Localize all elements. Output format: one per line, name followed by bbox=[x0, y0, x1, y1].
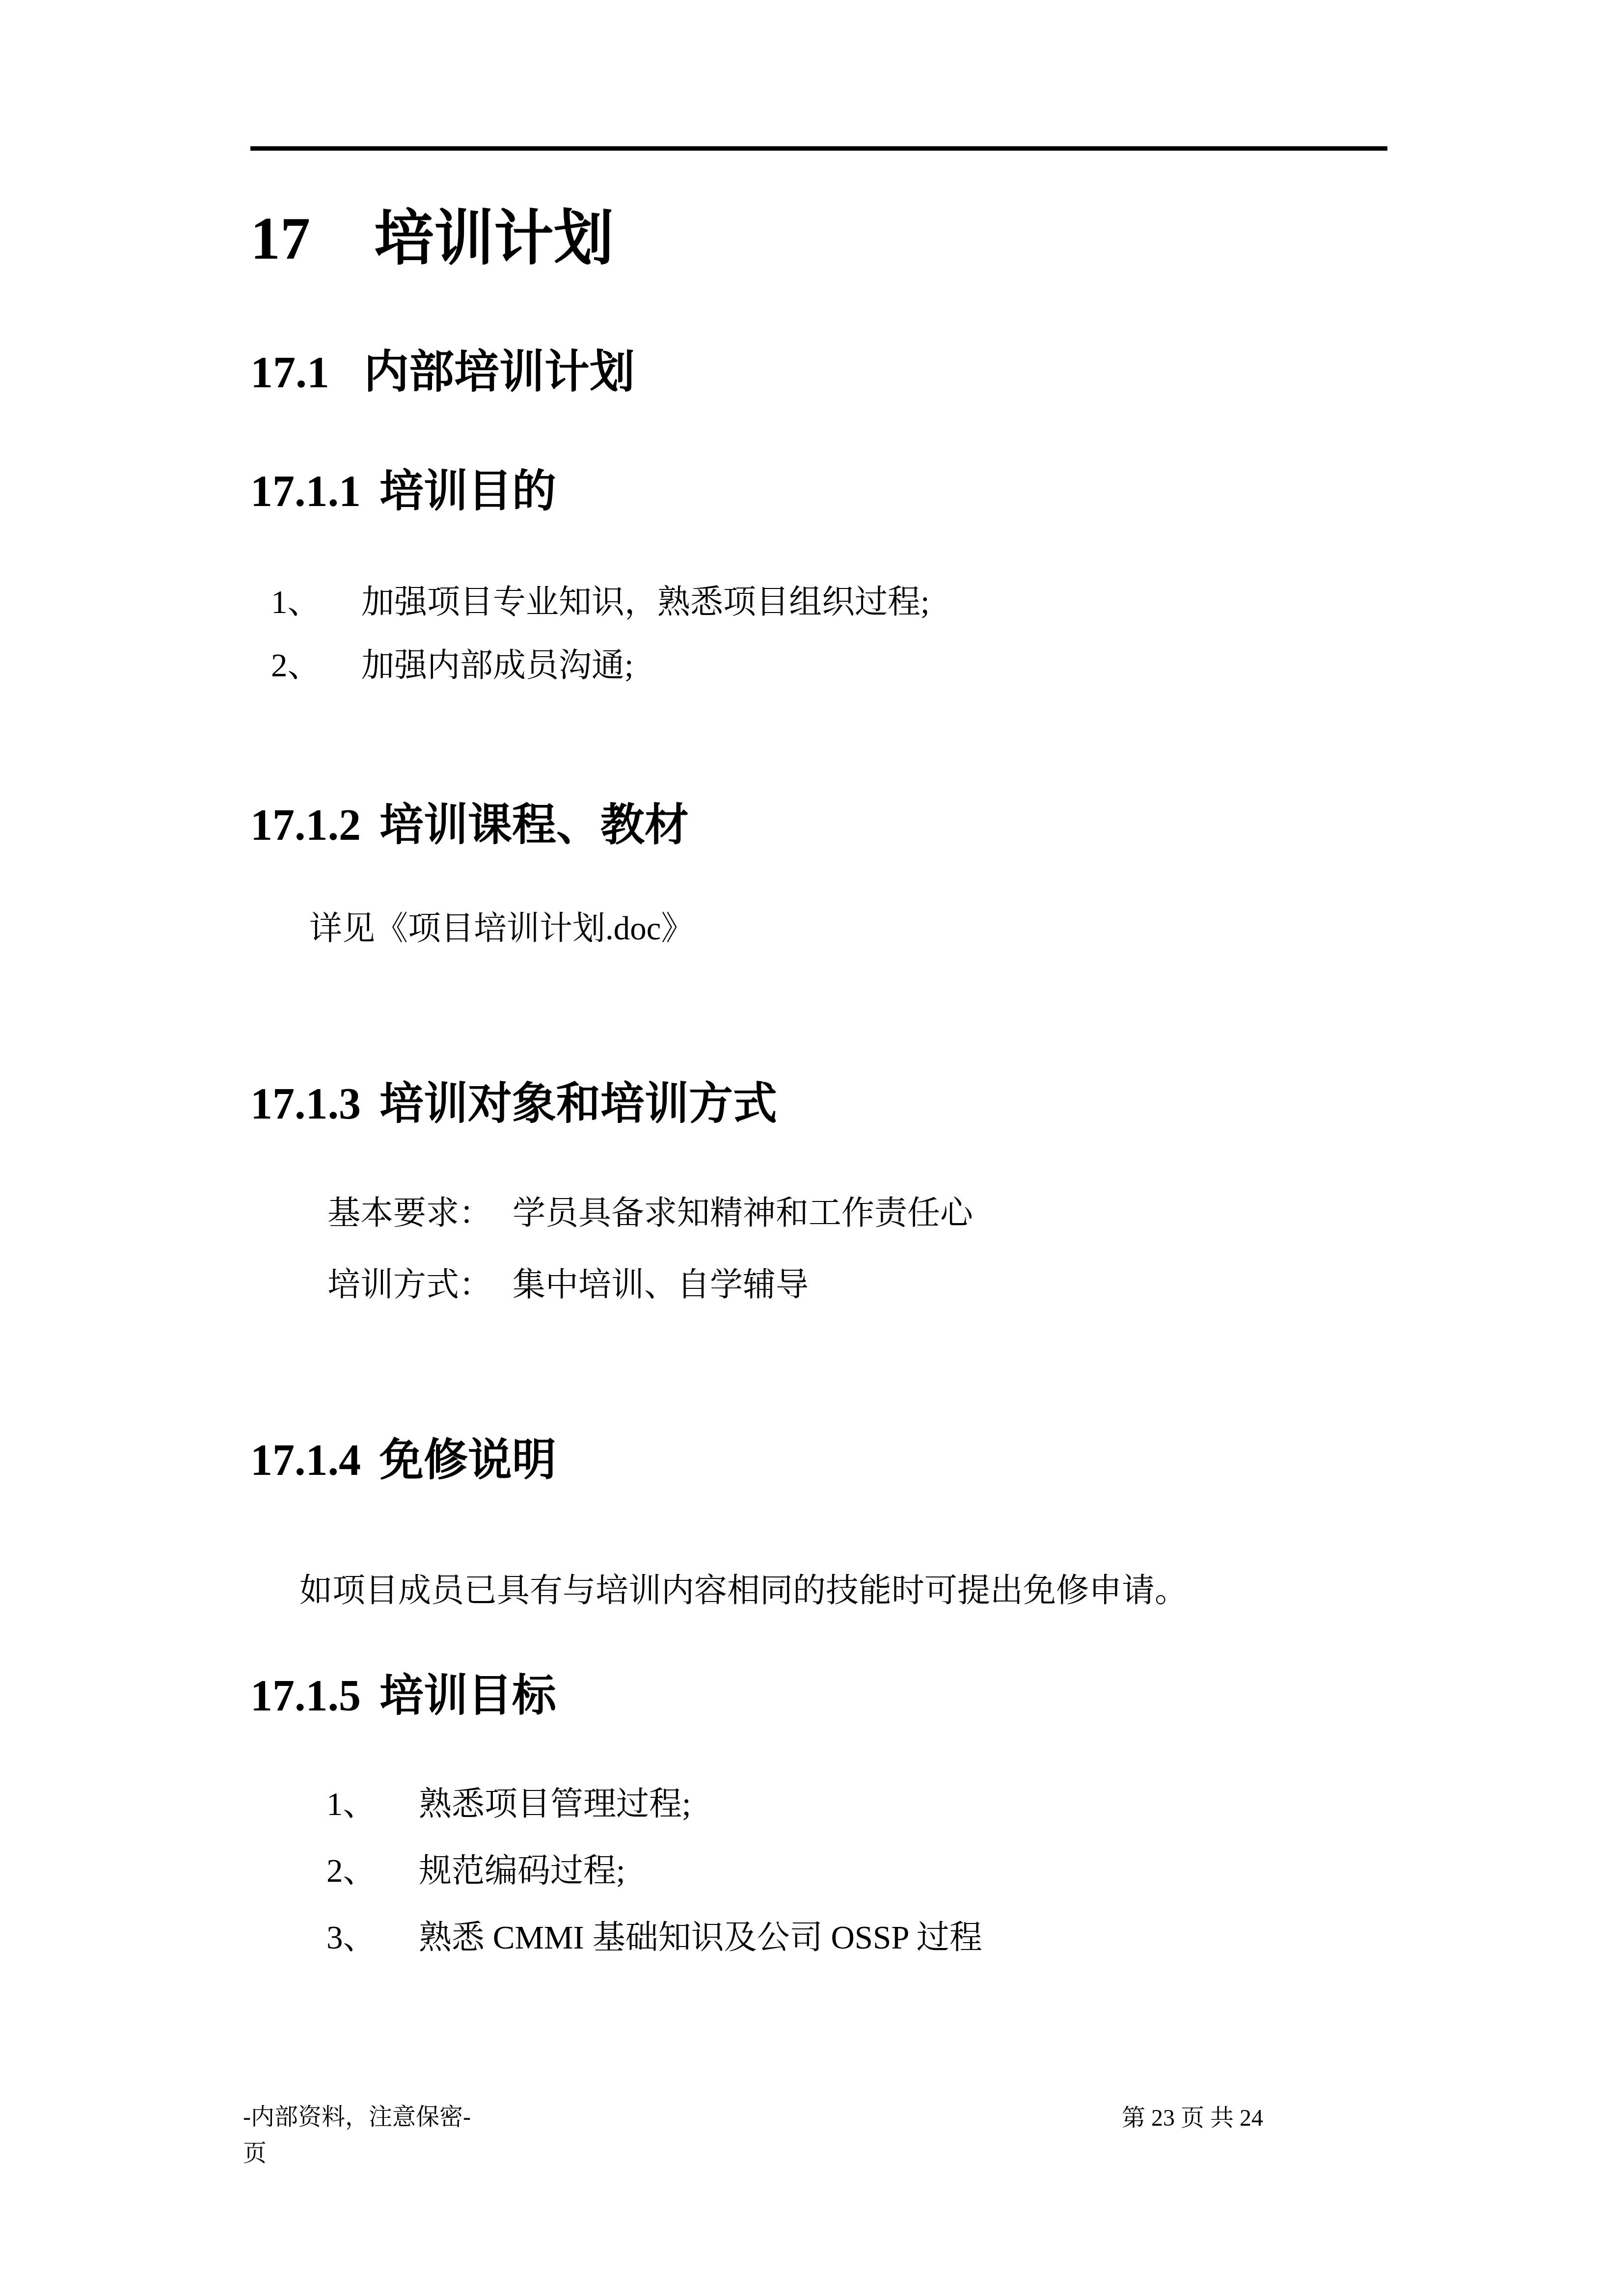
heading-17-1-3: 17.1.3培训对象和培训方式 bbox=[250, 1080, 777, 1128]
heading-17-1-4: 17.1.4免修说明 bbox=[250, 1436, 556, 1485]
footer-page-number: 第 23 页 共 24 bbox=[1122, 2106, 1263, 2132]
heading-17-1-number: 17.1 bbox=[250, 347, 329, 397]
training-method-text: 集中培训、自学辅导 bbox=[513, 1267, 809, 1303]
course-reference-paragraph: 详见《项目培训计划.doc》 bbox=[309, 911, 694, 947]
heading-17-1-4-text: 免修说明 bbox=[379, 1436, 556, 1485]
purpose-item-2-text: 加强内部成员沟通; bbox=[361, 648, 634, 684]
heading-17-1-5-number: 17.1.5 bbox=[250, 1672, 361, 1720]
footer-confidential-line1: -内部资料，注意保密- bbox=[243, 2105, 471, 2131]
heading-chapter-17: 17培训计划 bbox=[250, 206, 614, 272]
exemption-paragraph: 如项目成员已具有与培训内容相同的技能时可提出免修申请。 bbox=[299, 1573, 1188, 1609]
heading-chapter-17-number: 17 bbox=[250, 206, 310, 272]
heading-17-1-2-number: 17.1.2 bbox=[250, 801, 361, 850]
goal-item-3-number: 3、 bbox=[326, 1920, 376, 1956]
heading-17-1-1-text: 培训目的 bbox=[379, 467, 556, 516]
purpose-item-1-number: 1、 bbox=[271, 585, 321, 621]
purpose-item-1-text: 加强项目专业知识，熟悉项目组织过程; bbox=[361, 585, 930, 621]
footer-confidential-line2: 页 bbox=[243, 2141, 267, 2167]
heading-17-1-2: 17.1.2培训课程、教材 bbox=[250, 801, 689, 850]
heading-17-1-2-text: 培训课程、教材 bbox=[379, 801, 689, 850]
goal-item-2-text: 规范编码过程; bbox=[419, 1853, 625, 1890]
header-rule bbox=[250, 146, 1387, 151]
heading-17-1-5-text: 培训目标 bbox=[379, 1672, 556, 1720]
training-method-label: 培训方式： bbox=[327, 1267, 492, 1303]
heading-17-1-3-number: 17.1.3 bbox=[250, 1080, 361, 1128]
goal-item-1-number: 1、 bbox=[326, 1787, 376, 1823]
heading-17-1-1: 17.1.1培训目的 bbox=[250, 467, 556, 516]
training-method-line: 培训方式：集中培训、自学辅导 bbox=[327, 1267, 809, 1304]
basic-requirement-label: 基本要求： bbox=[327, 1195, 492, 1231]
heading-17-1-4-number: 17.1.4 bbox=[250, 1436, 361, 1485]
basic-requirement-line: 基本要求：学员具备求知精神和工作责任心 bbox=[327, 1196, 973, 1232]
heading-17-1-3-text: 培训对象和培训方式 bbox=[379, 1080, 777, 1128]
heading-17-1: 17.1内部培训计划 bbox=[250, 347, 635, 397]
basic-requirement-text: 学员具备求知精神和工作责任心 bbox=[513, 1195, 973, 1231]
heading-17-1-5: 17.1.5培训目标 bbox=[250, 1672, 556, 1720]
document-page: 17培训计划 17.1内部培训计划 17.1.1培训目的 1、 加强项目专业知识… bbox=[0, 0, 1624, 2296]
goal-item-2-number: 2、 bbox=[326, 1853, 376, 1890]
heading-chapter-17-text: 培训计划 bbox=[374, 206, 614, 272]
goal-item-1-text: 熟悉项目管理过程; bbox=[419, 1787, 691, 1823]
heading-17-1-text: 内部培训计划 bbox=[364, 347, 635, 397]
goal-item-3-text: 熟悉 CMMI 基础知识及公司 OSSP 过程 bbox=[419, 1920, 982, 1956]
heading-17-1-1-number: 17.1.1 bbox=[250, 467, 361, 516]
purpose-item-2-number: 2、 bbox=[271, 648, 321, 684]
